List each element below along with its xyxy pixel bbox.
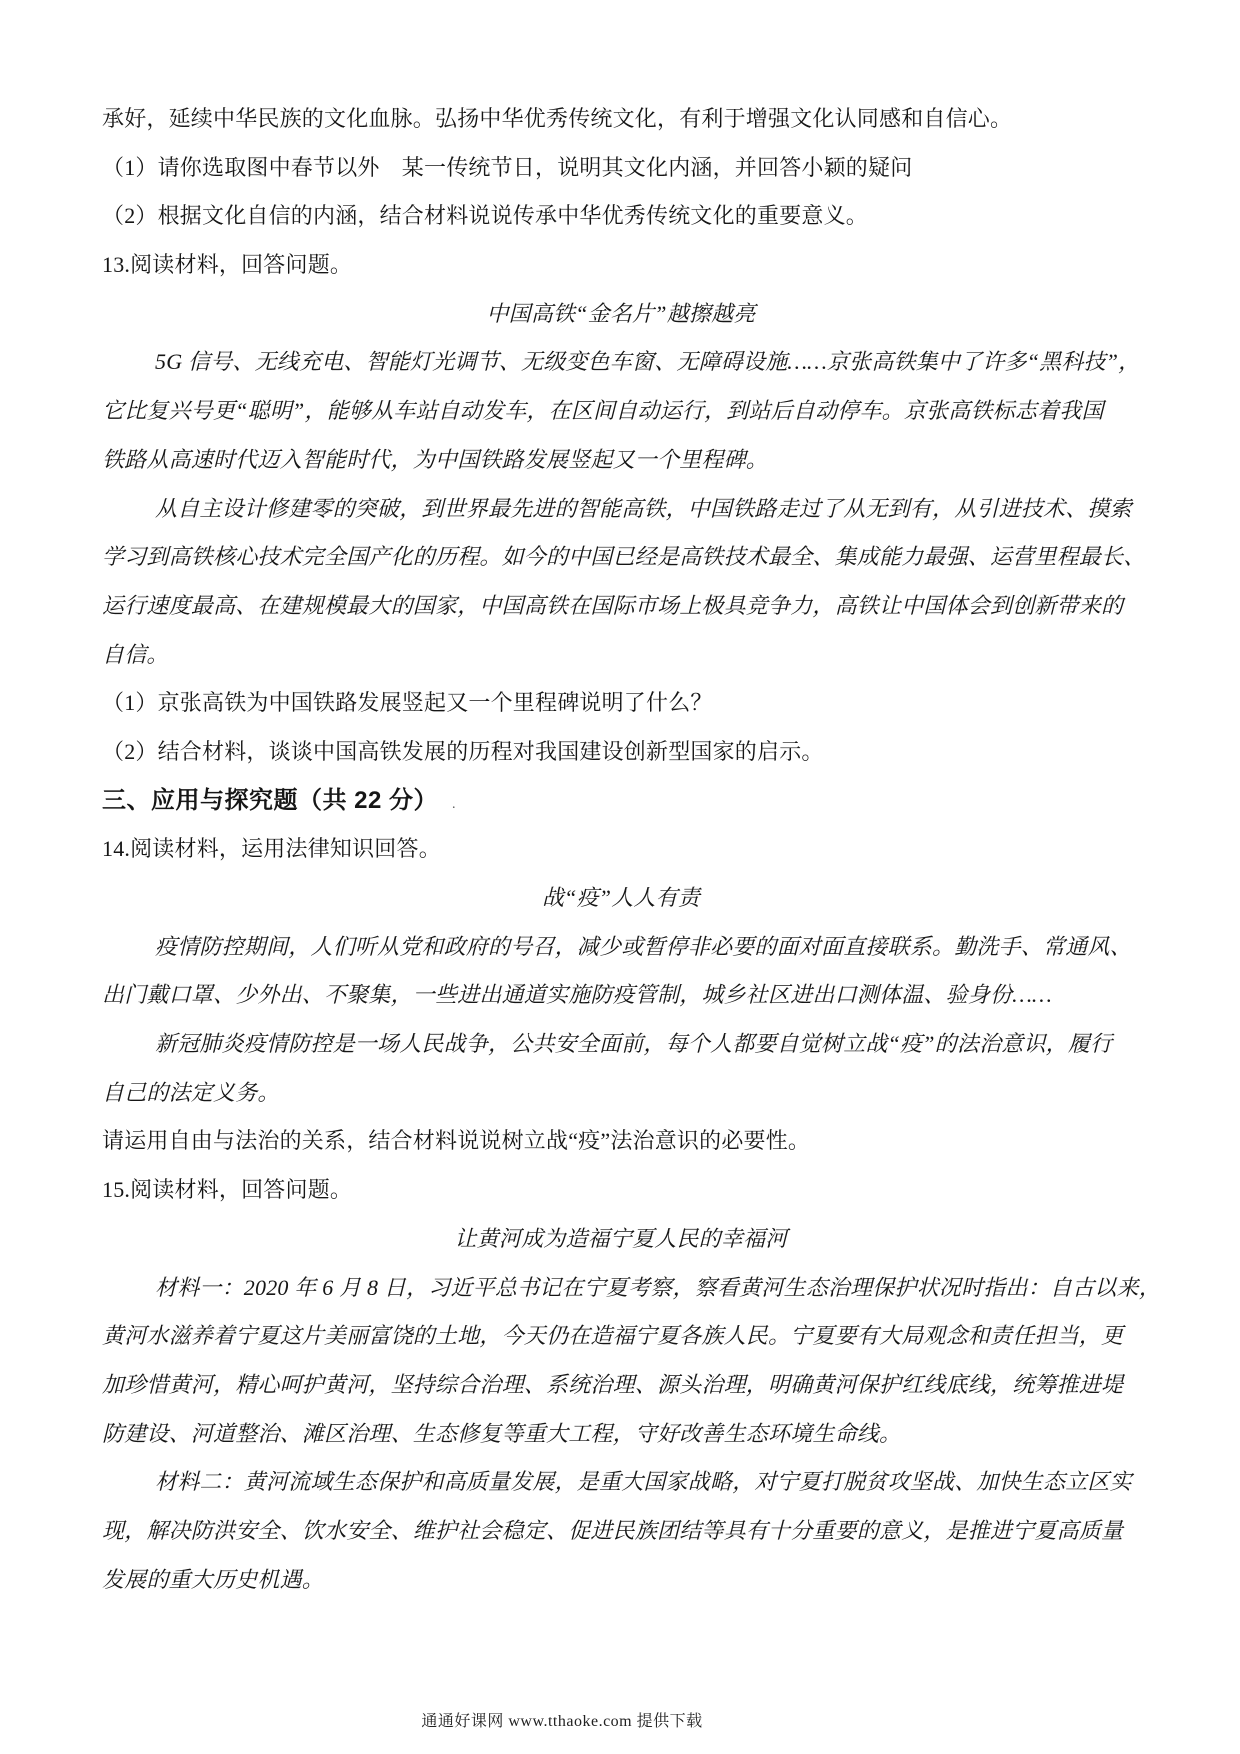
q14-material-line: 自己的法定义务。 [102, 1069, 1140, 1118]
q15-material2-line: 现，解决防洪安全、饮水安全、维护社会稳定、促进民族团结等具有十分重要的意义，是推… [102, 1507, 1140, 1556]
q14-task: 请运用自由与法治的关系，结合材料说说树立战“疫”法治意识的必要性。 [102, 1117, 1140, 1166]
q13-subquestion-2: （2）结合材料，谈谈中国高铁发展的历程对我国建设创新型国家的启示。 [102, 728, 1140, 777]
page-content: 承好，延续中华民族的文化血脉。弘扬中华优秀传统文化，有利于增强文化认同感和自信心… [102, 95, 1140, 1604]
q12-subquestion-1: （1）请你选取图中春节以外 某一传统节日，说明其文化内涵，并回答小颖的疑问 [102, 144, 1140, 193]
q13-material-line: 5G 信号、无线充电、智能灯光调节、无级变色车窗、无障碍设施……京张高铁集中了许… [102, 338, 1140, 387]
q13-material-line: 铁路从高速时代迈入智能时代，为中国铁路发展竖起又一个里程碑。 [102, 436, 1140, 485]
q14-material-title: 战“疫”人人有责 [102, 874, 1140, 923]
q13-stem: 13.阅读材料，回答问题。 [102, 241, 1140, 290]
q15-material1-line: 加珍惜黄河，精心呵护黄河，坚持综合治理、系统治理、源头治理，明确黄河保护红线底线… [102, 1361, 1140, 1410]
q15-material2-line: 材料二：黄河流域生态保护和高质量发展，是重大国家战略，对宁夏打脱贫攻坚战、加快生… [102, 1458, 1140, 1507]
q14-material-line: 出门戴口罩、少外出、不聚集，一些进出通道实施防疫管制，城乡社区进出口测体温、验身… [102, 971, 1140, 1020]
q12-subquestion-2: （2）根据文化自信的内涵，结合材料说说传承中华优秀传统文化的重要意义。 [102, 192, 1140, 241]
q15-stem: 15.阅读材料，回答问题。 [102, 1166, 1140, 1215]
q13-material-line: 运行速度最高、在建规模最大的国家，中国高铁在国际市场上极具竞争力，高铁让中国体会… [102, 582, 1140, 631]
q13-material-title: 中国高铁“金名片”越擦越亮 [102, 290, 1140, 339]
section-3-heading: 三、应用与探究题（共 22 分） [102, 787, 438, 814]
q14-material-line: 新冠肺炎疫情防控是一场人民战争，公共安全面前，每个人都要自觉树立战“疫”的法治意… [102, 1020, 1140, 1069]
q15-material-title: 让黄河成为造福宁夏人民的幸福河 [102, 1215, 1140, 1264]
q15-material1-line: 材料一：2020 年 6 月 8 日，习近平总书记在宁夏考察，察看黄河生态治理保… [102, 1264, 1140, 1313]
q12-continuation-text: 承好，延续中华民族的文化血脉。弘扬中华优秀传统文化，有利于增强文化认同感和自信心… [102, 95, 1140, 144]
q14-material-line: 疫情防控期间，人们听从党和政府的号召，减少或暂停非必要的面对面直接联系。勤洗手、… [102, 923, 1140, 972]
stray-period-mark: . [452, 797, 456, 812]
q15-material1-line: 黄河水滋养着宁夏这片美丽富饶的土地，今天仍在造福宁夏各族人民。宁夏要有大局观念和… [102, 1312, 1140, 1361]
q13-material-line: 从自主设计修建零的突破，到世界最先进的智能高铁，中国铁路走过了从无到有，从引进技… [102, 485, 1140, 534]
q13-material-line: 自信。 [102, 631, 1140, 680]
exam-paper-page: 承好，延续中华民族的文化血脉。弘扬中华优秀传统文化，有利于增强文化认同感和自信心… [0, 0, 1240, 1754]
q15-material2-line: 发展的重大历史机遇。 [102, 1556, 1140, 1605]
q15-material1-line: 防建设、河道整治、滩区治理、生态修复等重大工程，守好改善生态环境生命线。 [102, 1410, 1140, 1459]
section-3-heading-line: 三、应用与探究题（共 22 分）. [102, 777, 1140, 826]
q14-stem: 14.阅读材料，运用法律知识回答。 [102, 825, 1140, 874]
site-watermark-footer: 通通好课网 www.tthaoke.com 提供下载 [0, 1708, 1182, 1731]
q13-subquestion-1: （1）京张高铁为中国铁路发展竖起又一个里程碑说明了什么？ [102, 679, 1140, 728]
q13-material-line: 学习到高铁核心技术完全国产化的历程。如今的中国已经是高铁技术最全、集成能力最强、… [102, 533, 1140, 582]
q13-material-line: 它比复兴号更“聪明”，能够从车站自动发车，在区间自动运行，到站后自动停车。京张高… [102, 387, 1140, 436]
